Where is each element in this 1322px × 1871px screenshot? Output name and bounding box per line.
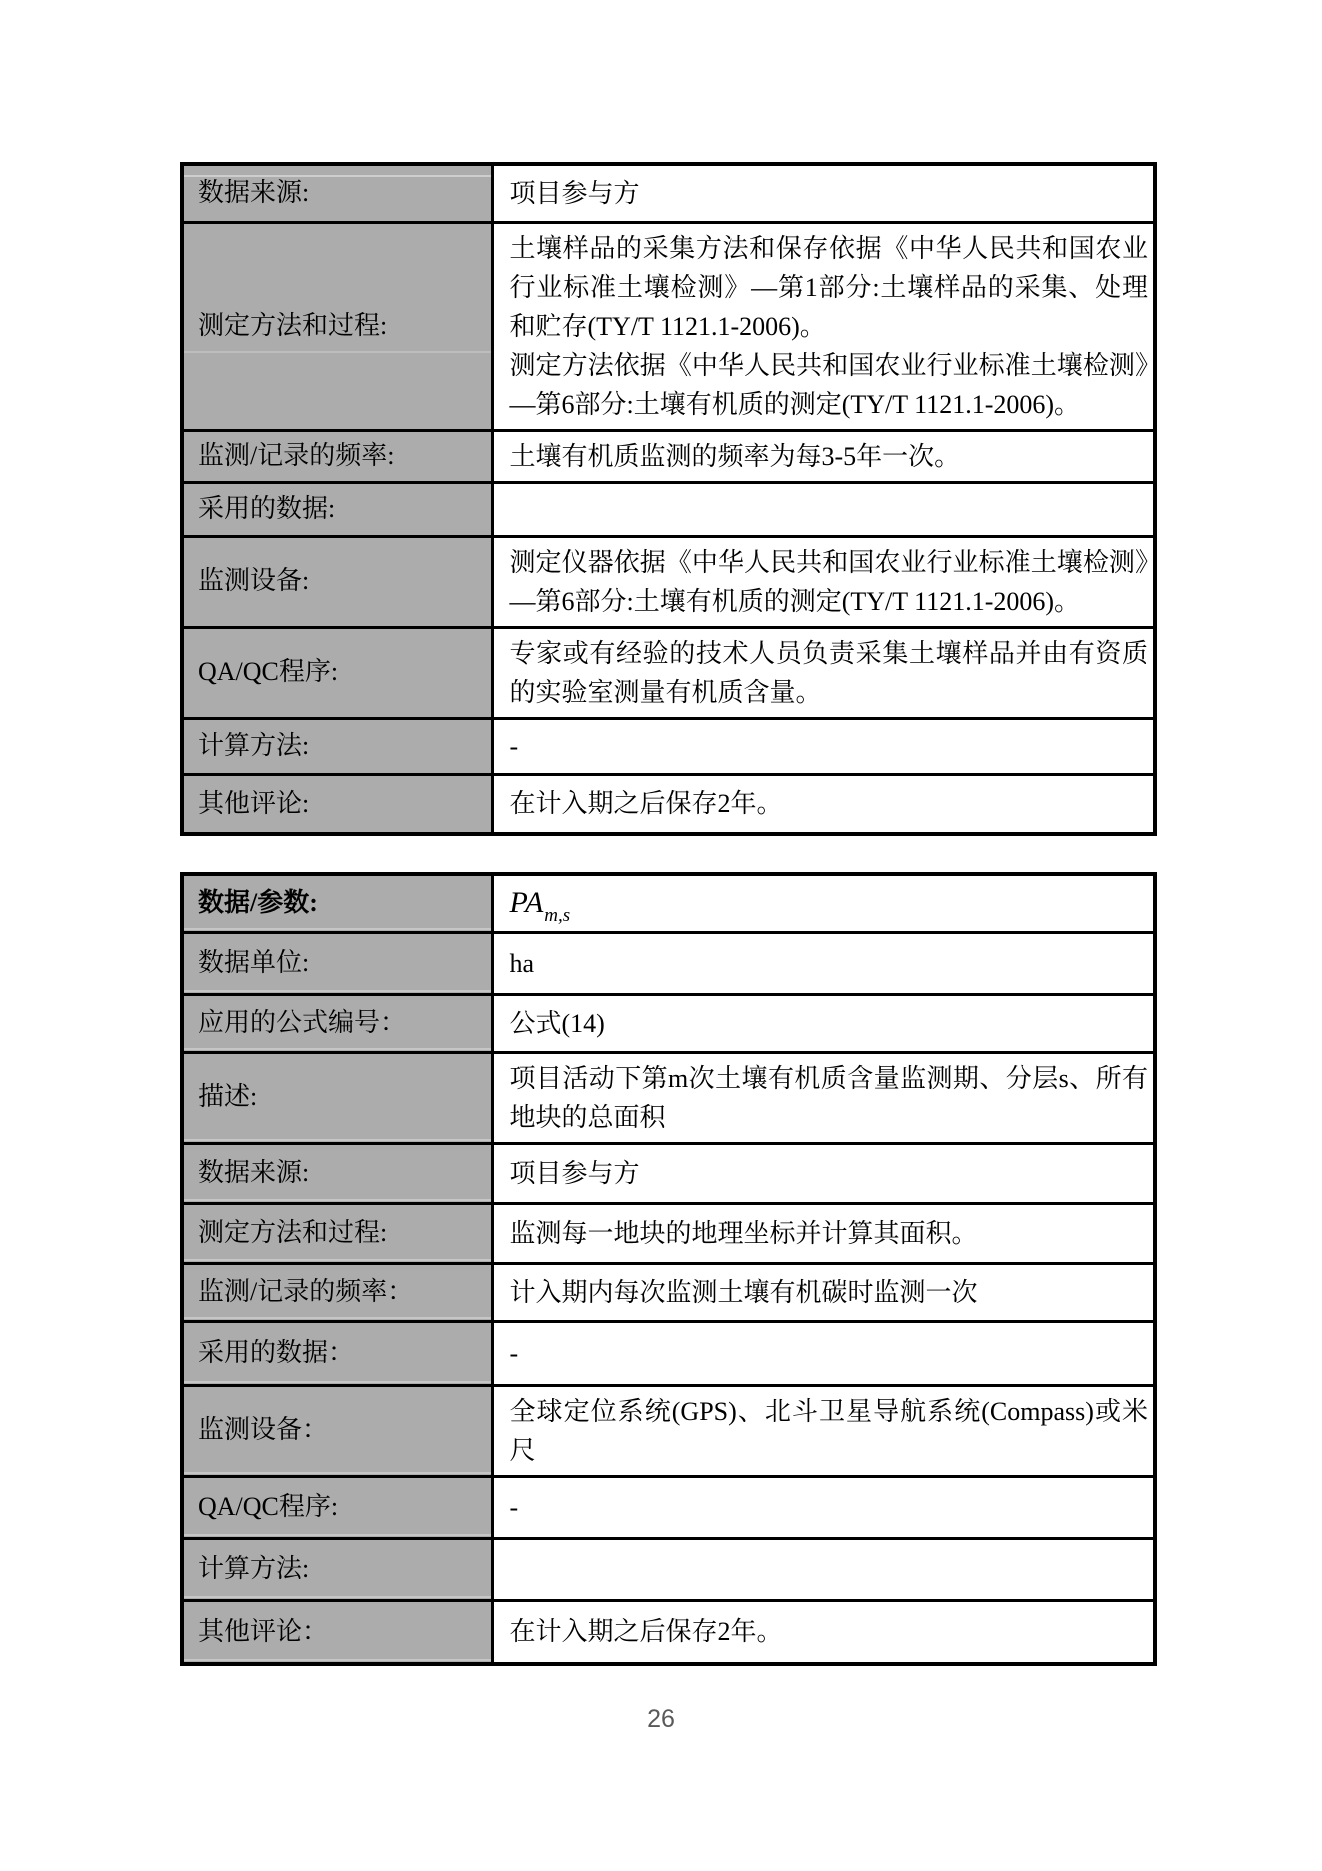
row-label-cell: QA/QC程序: [182, 627, 492, 718]
row-value-cell: 监测每一地块的地理坐标并计算其面积。 [492, 1203, 1155, 1263]
table-row: 其他评论:在计入期之后保存2年。 [182, 774, 1155, 834]
row-label: 测定方法和过程: [198, 311, 387, 340]
row-label: 其他评论： [198, 1617, 328, 1646]
row-label-cell: 采用的数据： [182, 1321, 492, 1385]
row-label-cell: 数据/参数: [182, 874, 492, 932]
table-row: 应用的公式编号：公式(14) [182, 994, 1155, 1052]
table-row: QA/QC程序:- [182, 1476, 1155, 1538]
row-label: 数据/参数: [198, 888, 318, 917]
row-value: 监测每一地块的地理坐标并计算其面积。 [510, 1219, 978, 1248]
row-value: - [510, 1493, 519, 1522]
row-value: 项目活动下第m次土壤有机质含量监测期、分层s、所有地块的总面积 [510, 1064, 1149, 1132]
row-value: 项目参与方 [510, 179, 640, 208]
row-label-cell: 采用的数据: [182, 482, 492, 536]
value-paragraph: 测定方法依据《中华人民共和国农业行业标准土壤检测》—第6部分:土壤有机质的测定(… [510, 346, 1149, 424]
row-label-cell: 计算方法: [182, 1538, 492, 1600]
table-row: 监测设备：全球定位系统(GPS)、北斗卫星导航系统(Compass)或米尺 [182, 1385, 1155, 1476]
row-value-cell: 测定仪器依据《中华人民共和国农业行业标准土壤检测》—第6部分:土壤有机质的测定(… [492, 536, 1155, 627]
document-page: { "document": { "page_number": "26" }, "… [0, 0, 1322, 1871]
row-value: 土壤有机质监测的频率为每3-5年一次。 [510, 442, 961, 471]
row-value-cell: 项目活动下第m次土壤有机质含量监测期、分层s、所有地块的总面积 [492, 1052, 1155, 1143]
table-row: 计算方法: [182, 1538, 1155, 1600]
table-row: 监测/记录的频率:土壤有机质监测的频率为每3-5年一次。 [182, 430, 1155, 482]
row-value: 测定仪器依据《中华人民共和国农业行业标准土壤检测》—第6部分:土壤有机质的测定(… [510, 548, 1149, 616]
value-paragraph: 土壤样品的采集方法和保存依据《中华人民共和国农业行业标准土壤检测》—第1部分:土… [510, 229, 1149, 346]
table-row: 采用的数据: [182, 482, 1155, 536]
row-label: 数据来源: [198, 1158, 309, 1187]
parameter-table-pams: 数据/参数: PAm,s 数据单位:ha应用的公式编号：公式(14)描述:项目活… [180, 872, 1157, 1666]
monitoring-parameter-table-continued: 数据来源:项目参与方测定方法和过程:土壤样品的采集方法和保存依据《中华人民共和国… [180, 162, 1157, 836]
table-row: 测定方法和过程:监测每一地块的地理坐标并计算其面积。 [182, 1203, 1155, 1263]
parameter-symbol: PAm,s [510, 886, 571, 919]
row-label-cell: 测定方法和过程: [182, 222, 492, 430]
row-label-cell: 数据来源: [182, 164, 492, 222]
table-row: 监测设备:测定仪器依据《中华人民共和国农业行业标准土壤检测》—第6部分:土壤有机… [182, 536, 1155, 627]
row-label: 测定方法和过程: [198, 1218, 387, 1247]
table-row: QA/QC程序:专家或有经验的技术人员负责采集土壤样品并由有资质的实验室测量有机… [182, 627, 1155, 718]
row-label-cell: 数据来源: [182, 1143, 492, 1203]
row-label: 描述: [198, 1082, 257, 1111]
row-label: QA/QC程序: [198, 1492, 338, 1521]
row-label: 监测设备: [198, 566, 309, 595]
row-label: 数据来源: [198, 178, 309, 207]
row-label-cell: 监测设备: [182, 536, 492, 627]
table-row: 监测/记录的频率：计入期内每次监测土壤有机碳时监测一次 [182, 1263, 1155, 1321]
row-label-cell: 其他评论： [182, 1600, 492, 1664]
row-value-cell: 在计入期之后保存2年。 [492, 1600, 1155, 1664]
row-value-cell: ha [492, 932, 1155, 994]
row-label: QA/QC程序: [198, 657, 338, 686]
row-label-cell: 监测/记录的频率： [182, 1263, 492, 1321]
row-value-cell: 项目参与方 [492, 1143, 1155, 1203]
row-value-cell [492, 482, 1155, 536]
row-value: - [510, 732, 519, 761]
row-value-cell: 专家或有经验的技术人员负责采集土壤样品并由有资质的实验室测量有机质含量。 [492, 627, 1155, 718]
row-value-cell: 土壤有机质监测的频率为每3-5年一次。 [492, 430, 1155, 482]
table-row: 计算方法:- [182, 718, 1155, 774]
row-label: 其他评论: [198, 789, 309, 818]
row-value-cell: 公式(14) [492, 994, 1155, 1052]
row-label: 数据单位: [198, 948, 309, 977]
table-row: 数据来源:项目参与方 [182, 164, 1155, 222]
row-label: 监测设备： [198, 1415, 328, 1444]
row-label-cell: QA/QC程序: [182, 1476, 492, 1538]
row-value-cell: - [492, 1476, 1155, 1538]
row-label-cell: 应用的公式编号： [182, 994, 492, 1052]
row-label-cell: 数据单位: [182, 932, 492, 994]
table-row: 数据单位:ha [182, 932, 1155, 994]
row-value-cell: PAm,s [492, 874, 1155, 932]
row-value-cell: - [492, 1321, 1155, 1385]
row-label-cell: 监测/记录的频率: [182, 430, 492, 482]
row-value: 计入期内每次监测土壤有机碳时监测一次 [510, 1278, 978, 1307]
row-value: 在计入期之后保存2年。 [510, 789, 783, 818]
row-value: 专家或有经验的技术人员负责采集土壤样品并由有资质的实验室测量有机质含量。 [510, 639, 1149, 707]
parameter-subscript: m,s [544, 905, 570, 926]
row-label: 监测/记录的频率: [198, 441, 394, 470]
row-value-cell: 土壤样品的采集方法和保存依据《中华人民共和国农业行业标准土壤检测》—第1部分:土… [492, 222, 1155, 430]
table-row: 数据来源:项目参与方 [182, 1143, 1155, 1203]
row-label: 计算方法: [198, 1554, 309, 1583]
row-label: 计算方法: [198, 731, 309, 760]
parameter-base: PA [510, 886, 545, 919]
row-value: - [510, 1339, 519, 1368]
table-row: 其他评论：在计入期之后保存2年。 [182, 1600, 1155, 1664]
row-value-cell [492, 1538, 1155, 1600]
table-row: 采用的数据：- [182, 1321, 1155, 1385]
row-value-cell: 项目参与方 [492, 164, 1155, 222]
row-label: 监测/记录的频率： [198, 1277, 413, 1306]
row-label: 采用的数据： [198, 1338, 354, 1367]
row-value-cell: 全球定位系统(GPS)、北斗卫星导航系统(Compass)或米尺 [492, 1385, 1155, 1476]
table-row: 描述:项目活动下第m次土壤有机质含量监测期、分层s、所有地块的总面积 [182, 1052, 1155, 1143]
row-value: 公式(14) [510, 1009, 605, 1038]
row-value: ha [510, 949, 535, 978]
row-value: 项目参与方 [510, 1159, 640, 1188]
row-value-cell: - [492, 718, 1155, 774]
row-value: 在计入期之后保存2年。 [510, 1617, 783, 1646]
page-number: 26 [0, 1705, 1322, 1734]
row-label-cell: 测定方法和过程: [182, 1203, 492, 1263]
row-value: 全球定位系统(GPS)、北斗卫星导航系统(Compass)或米尺 [510, 1397, 1149, 1465]
table-row: 测定方法和过程:土壤样品的采集方法和保存依据《中华人民共和国农业行业标准土壤检测… [182, 222, 1155, 430]
row-label: 采用的数据: [198, 494, 335, 523]
row-label: 应用的公式编号： [198, 1008, 406, 1037]
row-label-cell: 其他评论: [182, 774, 492, 834]
table-row: 数据/参数: PAm,s [182, 874, 1155, 932]
row-label-cell: 监测设备： [182, 1385, 492, 1476]
row-label-cell: 描述: [182, 1052, 492, 1143]
row-value-cell: 计入期内每次监测土壤有机碳时监测一次 [492, 1263, 1155, 1321]
row-label-cell: 计算方法: [182, 718, 492, 774]
row-value-cell: 在计入期之后保存2年。 [492, 774, 1155, 834]
